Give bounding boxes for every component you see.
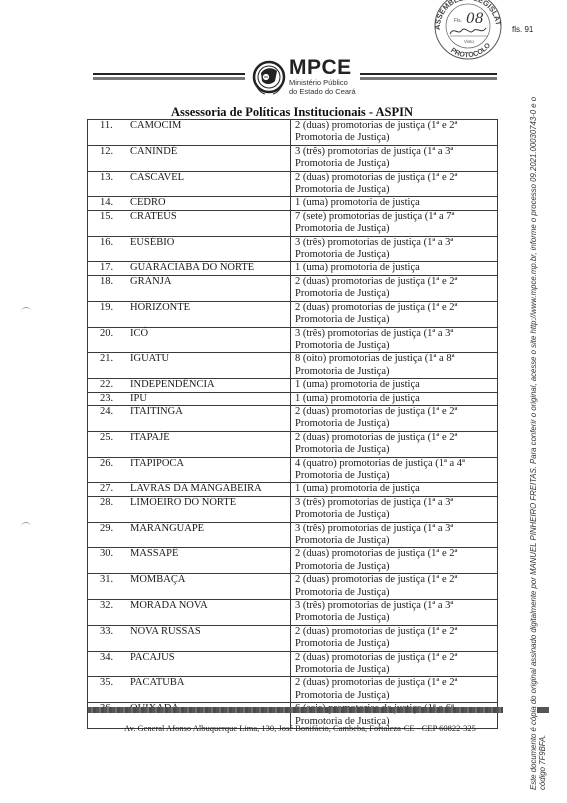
row-city: MORADA NOVA [130, 600, 291, 626]
row-city: IPU [130, 392, 291, 405]
row-description: 7 (sete) promotorias de justiça (1ª a 7ª… [291, 210, 498, 236]
row-description: 1 (uma) promotoria de justiça [291, 197, 498, 210]
row-description: 3 (três) promotorias de justiça (1ª a 3ª… [291, 236, 498, 262]
footer-rule [88, 707, 503, 713]
row-city: ITAITINGA [130, 405, 291, 431]
row-description: 1 (uma) promotoria de justiça [291, 483, 498, 496]
table-row: 16.EUSÉBIO3 (três) promotorias de justiç… [88, 236, 498, 262]
row-description-line: Promotoria de Justiça) [295, 158, 497, 170]
digital-signature-note: Este documento é cópia do original assin… [529, 97, 547, 790]
row-city: CANINDÉ [130, 145, 291, 171]
table-row: 31.MOMBAÇA2 (duas) promotorias de justiç… [88, 574, 498, 600]
row-description-line: 3 (três) promotorias de justiça (1ª a 3ª [295, 328, 497, 340]
table-row: 11.CAMOCIM2 (duas) promotorias de justiç… [88, 120, 498, 146]
row-description: 1 (uma) promotoria de justiça [291, 392, 498, 405]
row-description: 2 (duas) promotorias de justiça (1ª e 2ª… [291, 651, 498, 677]
row-city: MASSAPÊ [130, 548, 291, 574]
header-rule-right [360, 73, 497, 80]
row-description-line: 2 (duas) promotorias de justiça (1ª e 2ª [295, 120, 497, 132]
row-description-line: Promotoria de Justiça) [295, 690, 497, 702]
table-row: 30.MASSAPÊ2 (duas) promotorias de justiç… [88, 548, 498, 574]
row-number: 18. [88, 275, 131, 301]
table-row: 12.CANINDÉ3 (três) promotorias de justiç… [88, 145, 498, 171]
row-number: 11. [88, 120, 131, 146]
signature-note-line-1: Este documento é cópia do original assin… [529, 97, 538, 790]
row-description: 2 (duas) promotorias de justiça (1ª e 2ª… [291, 120, 498, 146]
row-description-line: 2 (duas) promotorias de justiça (1ª e 2ª [295, 276, 497, 288]
row-city: NOVA RUSSAS [130, 625, 291, 651]
table-row: 33.NOVA RUSSAS2 (duas) promotorias de ju… [88, 625, 498, 651]
table-row: 32.MORADA NOVA3 (três) promotorias de ju… [88, 600, 498, 626]
row-description-line: 4 (quatro) promotorias de justiça (1ª a … [295, 458, 497, 470]
row-city: IGUATU [130, 353, 291, 379]
row-description: 1 (uma) promotoria de justiça [291, 262, 498, 275]
row-description-line: Promotoria de Justiça) [295, 664, 497, 676]
table-row: 34.PACAJUS2 (duas) promotorias de justiç… [88, 651, 498, 677]
row-city: LIMOEIRO DO NORTE [130, 496, 291, 522]
row-number: 12. [88, 145, 131, 171]
table-row: 25.ITAPAJÉ2 (duas) promotorias de justiç… [88, 431, 498, 457]
row-city: MOMBAÇA [130, 574, 291, 600]
svg-text:Fls.: Fls. [454, 18, 462, 24]
row-description-line: 1 (uma) promotoria de justiça [295, 393, 497, 405]
row-description-line: Promotoria de Justiça) [295, 184, 497, 196]
row-city: MARANGUAPE [130, 522, 291, 548]
brand-name: MPCE [289, 58, 356, 78]
promotorias-table: 11.CAMOCIM2 (duas) promotorias de justiç… [87, 119, 498, 729]
row-number: 21. [88, 353, 131, 379]
row-description: 3 (três) promotorias de justiça (1ª a 3ª… [291, 145, 498, 171]
row-description: 8 (oito) promotorias de justiça (1ª a 8ª… [291, 353, 498, 379]
row-description-line: 2 (duas) promotorias de justiça (1ª e 2ª [295, 172, 497, 184]
row-number: 23. [88, 392, 131, 405]
table-row: 29.MARANGUAPE3 (três) promotorias de jus… [88, 522, 498, 548]
row-description-line: 1 (uma) promotoria de justiça [295, 483, 497, 495]
row-description-line: 2 (duas) promotorias de justiça (1ª e 2ª [295, 548, 497, 560]
row-number: 29. [88, 522, 131, 548]
row-description-line: 1 (uma) promotoria de justiça [295, 262, 497, 274]
row-description: 2 (duas) promotorias de justiça (1ª e 2ª… [291, 405, 498, 431]
row-description-line: Promotoria de Justiça) [295, 587, 497, 599]
table-row: 24.ITAITINGA2 (duas) promotorias de just… [88, 405, 498, 431]
row-number: 31. [88, 574, 131, 600]
table-row: 23.IPU1 (uma) promotoria de justiça [88, 392, 498, 405]
row-city: PACATUBA [130, 677, 291, 703]
row-city: GUARACIABA DO NORTE [130, 262, 291, 275]
svg-text:Visto: Visto [464, 39, 474, 44]
row-description-line: Promotoria de Justiça) [295, 444, 497, 456]
row-number: 32. [88, 600, 131, 626]
section-title: Assessoria de Políticas Institucionais -… [87, 105, 497, 120]
page-number: fls. 91 [512, 25, 533, 34]
footer-address: Av. General Afonso Albuquerque Lima, 130… [80, 723, 520, 733]
row-city: CEDRO [130, 197, 291, 210]
row-city: CASCAVEL [130, 171, 291, 197]
row-description: 3 (três) promotorias de justiça (1ª a 3ª… [291, 496, 498, 522]
row-description: 3 (três) promotorias de justiça (1ª a 3ª… [291, 522, 498, 548]
row-number: 22. [88, 379, 131, 392]
row-description-line: 2 (duas) promotorias de justiça (1ª e 2ª [295, 677, 497, 689]
brand-subtitle-2: do Estado do Ceará [289, 87, 356, 96]
row-description-line: 2 (duas) promotorias de justiça (1ª e 2ª [295, 652, 497, 664]
row-description-line: 3 (três) promotorias de justiça (1ª a 3ª [295, 600, 497, 612]
row-description: 2 (duas) promotorias de justiça (1ª e 2ª… [291, 548, 498, 574]
table-row: 26.ITAPIPOCA4 (quatro) promotorias de ju… [88, 457, 498, 483]
row-description-line: Promotoria de Justiça) [295, 561, 497, 573]
table-row: 22.INDEPENDÊNCIA1 (uma) promotoria de ju… [88, 379, 498, 392]
stamp-seal-icon: ASSEMBLEIA LEGISLATIVA PROTOCOLO Fls. 08… [424, 0, 512, 62]
row-number: 27. [88, 483, 131, 496]
row-description-line: 2 (duas) promotorias de justiça (1ª e 2ª [295, 302, 497, 314]
row-city: GRANJA [130, 275, 291, 301]
row-description-line: 7 (sete) promotorias de justiça (1ª a 7ª [295, 211, 497, 223]
table-row: 20.ICÓ3 (três) promotorias de justiça (1… [88, 327, 498, 353]
header-rule-left [93, 73, 245, 80]
row-city: CAMOCIM [130, 120, 291, 146]
row-description-line: Promotoria de Justiça) [295, 535, 497, 547]
row-city: EUSÉBIO [130, 236, 291, 262]
row-description-line: Promotoria de Justiça) [295, 249, 497, 261]
row-description-line: Promotoria de Justiça) [295, 470, 497, 482]
row-description-line: Promotoria de Justiça) [295, 223, 497, 235]
svg-text:08: 08 [466, 11, 484, 27]
row-description: 2 (duas) promotorias de justiça (1ª e 2ª… [291, 625, 498, 651]
row-description: 2 (duas) promotorias de justiça (1ª e 2ª… [291, 171, 498, 197]
scan-mark [21, 522, 31, 529]
table-row: 19.HORIZONTE2 (duas) promotorias de just… [88, 301, 498, 327]
row-number: 19. [88, 301, 131, 327]
row-description-line: 3 (três) promotorias de justiça (1ª a 3ª [295, 237, 497, 249]
row-description-line: 3 (três) promotorias de justiça (1ª a 3ª [295, 497, 497, 509]
row-number: 20. [88, 327, 131, 353]
row-description: 2 (duas) promotorias de justiça (1ª e 2ª… [291, 275, 498, 301]
brand-block: MPCE Ministério Público do Estado do Cea… [289, 58, 356, 96]
row-description-line: Promotoria de Justiça) [295, 132, 497, 144]
row-city: INDEPENDÊNCIA [130, 379, 291, 392]
row-city: HORIZONTE [130, 301, 291, 327]
row-city: ICÓ [130, 327, 291, 353]
table-row: 15.CRATEÚS7 (sete) promotorias de justiç… [88, 210, 498, 236]
table-row: 28.LIMOEIRO DO NORTE3 (três) promotorias… [88, 496, 498, 522]
row-number: 24. [88, 405, 131, 431]
row-number: 15. [88, 210, 131, 236]
row-description-line: Promotoria de Justiça) [295, 366, 497, 378]
row-number: 30. [88, 548, 131, 574]
row-number: 17. [88, 262, 131, 275]
protocol-stamp: ASSEMBLEIA LEGISLATIVA PROTOCOLO Fls. 08… [424, 0, 512, 62]
row-city: ITAPAJÉ [130, 431, 291, 457]
row-description: 2 (duas) promotorias de justiça (1ª e 2ª… [291, 301, 498, 327]
row-description: 4 (quatro) promotorias de justiça (1ª a … [291, 457, 498, 483]
table-row: 14.CEDRO1 (uma) promotoria de justiça [88, 197, 498, 210]
row-description-line: Promotoria de Justiça) [295, 612, 497, 624]
row-description-line: Promotoria de Justiça) [295, 288, 497, 300]
row-number: 14. [88, 197, 131, 210]
row-number: 33. [88, 625, 131, 651]
row-description-line: Promotoria de Justiça) [295, 340, 497, 352]
row-description-line: Promotoria de Justiça) [295, 418, 497, 430]
table-row: 13.CASCAVEL2 (duas) promotorias de justi… [88, 171, 498, 197]
row-description-line: 2 (duas) promotorias de justiça (1ª e 2ª [295, 406, 497, 418]
row-number: 13. [88, 171, 131, 197]
row-description: 3 (três) promotorias de justiça (1ª a 3ª… [291, 600, 498, 626]
row-description-line: 1 (uma) promotoria de justiça [295, 379, 497, 391]
row-description: 1 (uma) promotoria de justiça [291, 379, 498, 392]
row-description-line: Promotoria de Justiça) [295, 509, 497, 521]
row-description-line: 3 (três) promotorias de justiça (1ª a 3ª [295, 523, 497, 535]
row-description-line: 1 (uma) promotoria de justiça [295, 197, 497, 209]
row-number: 34. [88, 651, 131, 677]
mpce-emblem-icon [251, 57, 287, 97]
row-description: 3 (três) promotorias de justiça (1ª a 3ª… [291, 327, 498, 353]
row-description-line: 3 (três) promotorias de justiça (1ª a 3ª [295, 146, 497, 158]
row-city: CRATEÚS [130, 210, 291, 236]
row-description-line: 2 (duas) promotorias de justiça (1ª e 2ª [295, 432, 497, 444]
table-row: 21.IGUATU8 (oito) promotorias de justiça… [88, 353, 498, 379]
row-description-line: 2 (duas) promotorias de justiça (1ª e 2ª [295, 574, 497, 586]
row-number: 16. [88, 236, 131, 262]
row-description-line: 2 (duas) promotorias de justiça (1ª e 2ª [295, 626, 497, 638]
row-number: 25. [88, 431, 131, 457]
row-city: LAVRAS DA MANGABEIRA [130, 483, 291, 496]
table-row: 27.LAVRAS DA MANGABEIRA1 (uma) promotori… [88, 483, 498, 496]
row-number: 35. [88, 677, 131, 703]
table-row: 18.GRANJA2 (duas) promotorias de justiça… [88, 275, 498, 301]
table-row: 35.PACATUBA2 (duas) promotorias de justi… [88, 677, 498, 703]
brand-subtitle-1: Ministério Público [289, 78, 356, 87]
row-description-line: Promotoria de Justiça) [295, 638, 497, 650]
row-number: 26. [88, 457, 131, 483]
row-description: 2 (duas) promotorias de justiça (1ª e 2ª… [291, 677, 498, 703]
row-city: PACAJUS [130, 651, 291, 677]
row-description: 2 (duas) promotorias de justiça (1ª e 2ª… [291, 574, 498, 600]
table-row: 17.GUARACIABA DO NORTE1 (uma) promotoria… [88, 262, 498, 275]
row-number: 28. [88, 496, 131, 522]
row-description: 2 (duas) promotorias de justiça (1ª e 2ª… [291, 431, 498, 457]
row-description-line: Promotoria de Justiça) [295, 314, 497, 326]
row-city: ITAPIPOCA [130, 457, 291, 483]
signature-note-line-2: código 7F9BFA. [538, 97, 547, 790]
scan-mark [21, 307, 31, 314]
row-description-line: 8 (oito) promotorias de justiça (1ª a 8ª [295, 353, 497, 365]
